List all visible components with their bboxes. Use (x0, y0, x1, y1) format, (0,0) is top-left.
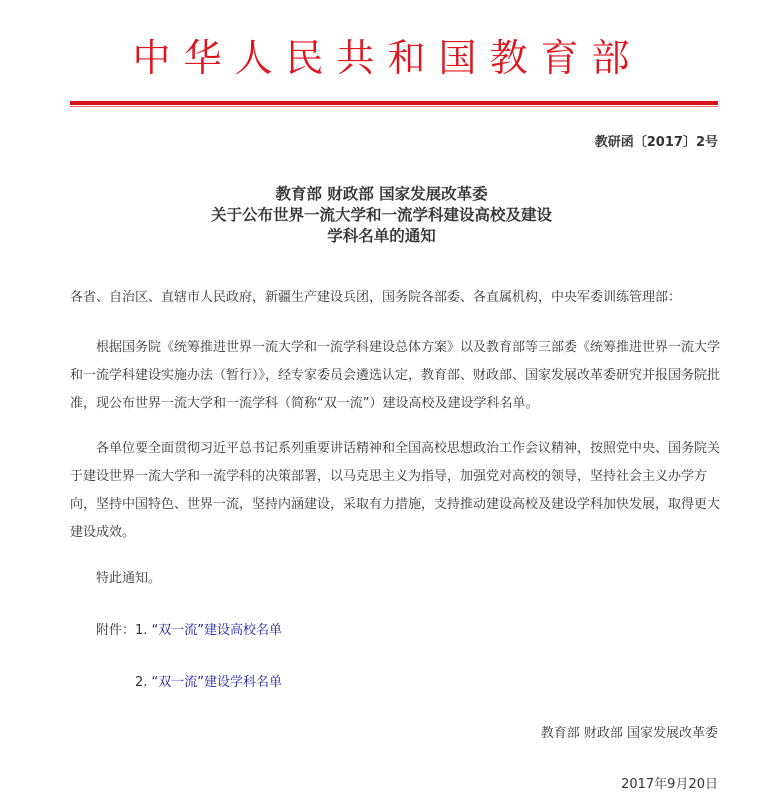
paragraph-1: 根据国务院《统筹推进世界一流大学和一流学科建设总体方案》以及教育部等三部委《统筹… (70, 334, 720, 418)
attachment-number-1: 1. (135, 623, 152, 638)
attachment-link-universities[interactable]: “双一流”建设高校名单 (152, 623, 282, 638)
document-title: 教育部 财政部 国家发展改革委 关于公布世界一流大学和一流学科建设高校及建设 学… (0, 184, 763, 247)
issue-date: 2017年9月20日 (621, 775, 718, 795)
document-number: 教研函〔2017〕2号 (595, 134, 718, 152)
title-line-2: 关于公布世界一流大学和一流学科建设高校及建设 (0, 205, 763, 226)
closing-remark: 特此通知。 (70, 565, 746, 593)
red-rule-thin (70, 106, 718, 107)
red-rule-thick (70, 101, 718, 105)
title-issuers: 教育部 财政部 国家发展改革委 (0, 184, 763, 205)
attachment-row-1: 附件：1. “双一流”建设高校名单 (96, 621, 282, 641)
attachment-link-disciplines[interactable]: “双一流”建设学科名单 (152, 675, 282, 690)
masthead-title: 中华人民共和国教育部 (132, 36, 642, 80)
paragraph-2: 各单位要全面贯彻习近平总书记系列重要讲话精神和全国高校思想政治工作会议精神，按照… (70, 435, 720, 547)
attachment-label: 附件： (96, 623, 135, 638)
attachment-number-2: 2. (135, 675, 152, 690)
attachment-row-2: 2. “双一流”建设学科名单 (135, 673, 282, 693)
title-line-3: 学科名单的通知 (0, 226, 763, 247)
addressee: 各省、自治区、直辖市人民政府，新疆生产建设兵团，国务院各部委、各直属机构，中央军… (70, 284, 720, 312)
signature: 教育部 财政部 国家发展改革委 (541, 724, 718, 744)
masthead: 中华人民共和国教育部 (0, 36, 763, 80)
